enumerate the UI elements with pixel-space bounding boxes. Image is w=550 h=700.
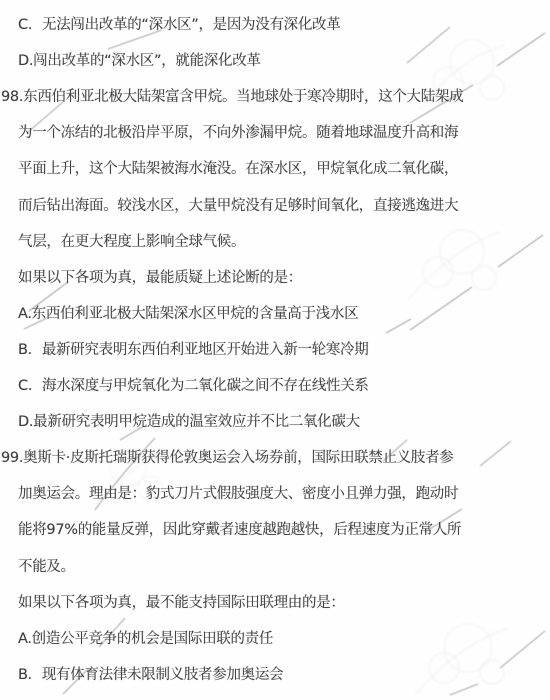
text-layer: C．无法闯出改革的“深水区”，是因为没有深化改革D.闯出改革的“深水区”，就能深… bbox=[0, 0, 550, 700]
text-line: 为一个冻结的北极沿岸平原，不向外渗漏甲烷。随着地球温度升高和海 bbox=[18, 123, 458, 143]
text-line: 加奥运会。理由是：豹式刀片式假肢强度大、密度小且弹力强，跑动时 bbox=[18, 484, 458, 504]
document-page: C．无法闯出改革的“深水区”，是因为没有深化改革D.闯出改革的“深水区”，就能深… bbox=[0, 0, 550, 700]
text-line: 而后钻出海面。较浅水区，大量甲烷没有足够时间氧化，直接逃逸进大 bbox=[18, 196, 458, 216]
text-line: 气层，在更大程度上影响全球气候。 bbox=[18, 232, 245, 252]
text-line: A.创造公平竞争的机会是国际田联的责任 bbox=[18, 629, 273, 649]
text-line: 不能及。 bbox=[18, 557, 75, 577]
text-line: B．现有体育法律未限制义肢者参加奥运会 bbox=[18, 665, 283, 685]
text-line: D.闯出改革的“深水区”，就能深化改革 bbox=[18, 51, 261, 71]
text-line: D.最新研究表明甲烷造成的温室效应并不比二氧化碳大 bbox=[18, 412, 360, 432]
text-line: 如果以下各项为真，最不能支持国际田联理由的是： bbox=[18, 593, 345, 613]
text-line: C．海水深度与甲烷氧化为二氧化碳之间不存在线性关系 bbox=[18, 376, 369, 396]
text-line: 99.奥斯卡·皮斯托瑞斯获得伦敦奥运会入场券前，国际田联禁止义肢者参 bbox=[1, 448, 453, 468]
text-line: 98.东西伯利亚北极大陆架富含甲烷。当地球处于寒冷期时，这个大陆架成 bbox=[1, 87, 463, 107]
text-line: 平面上升，这个大陆架被海水淹没。在深水区，甲烷氧化成二氧化碳， bbox=[18, 159, 458, 179]
text-line: 如果以下各项为真，最能质疑上述论断的是： bbox=[18, 268, 302, 288]
text-line: B．最新研究表明东西伯利亚地区开始进入新一轮寒冷期 bbox=[18, 340, 368, 360]
text-line: A.东西伯利亚北极大陆架深水区甲烷的含量高于浅水区 bbox=[18, 304, 358, 324]
text-line: C．无法闯出改革的“深水区”，是因为没有深化改革 bbox=[18, 15, 340, 35]
text-line: 能将97%的能量反弹，因此穿戴者速度越跑越快，后程速度为正常人所 bbox=[18, 520, 461, 540]
